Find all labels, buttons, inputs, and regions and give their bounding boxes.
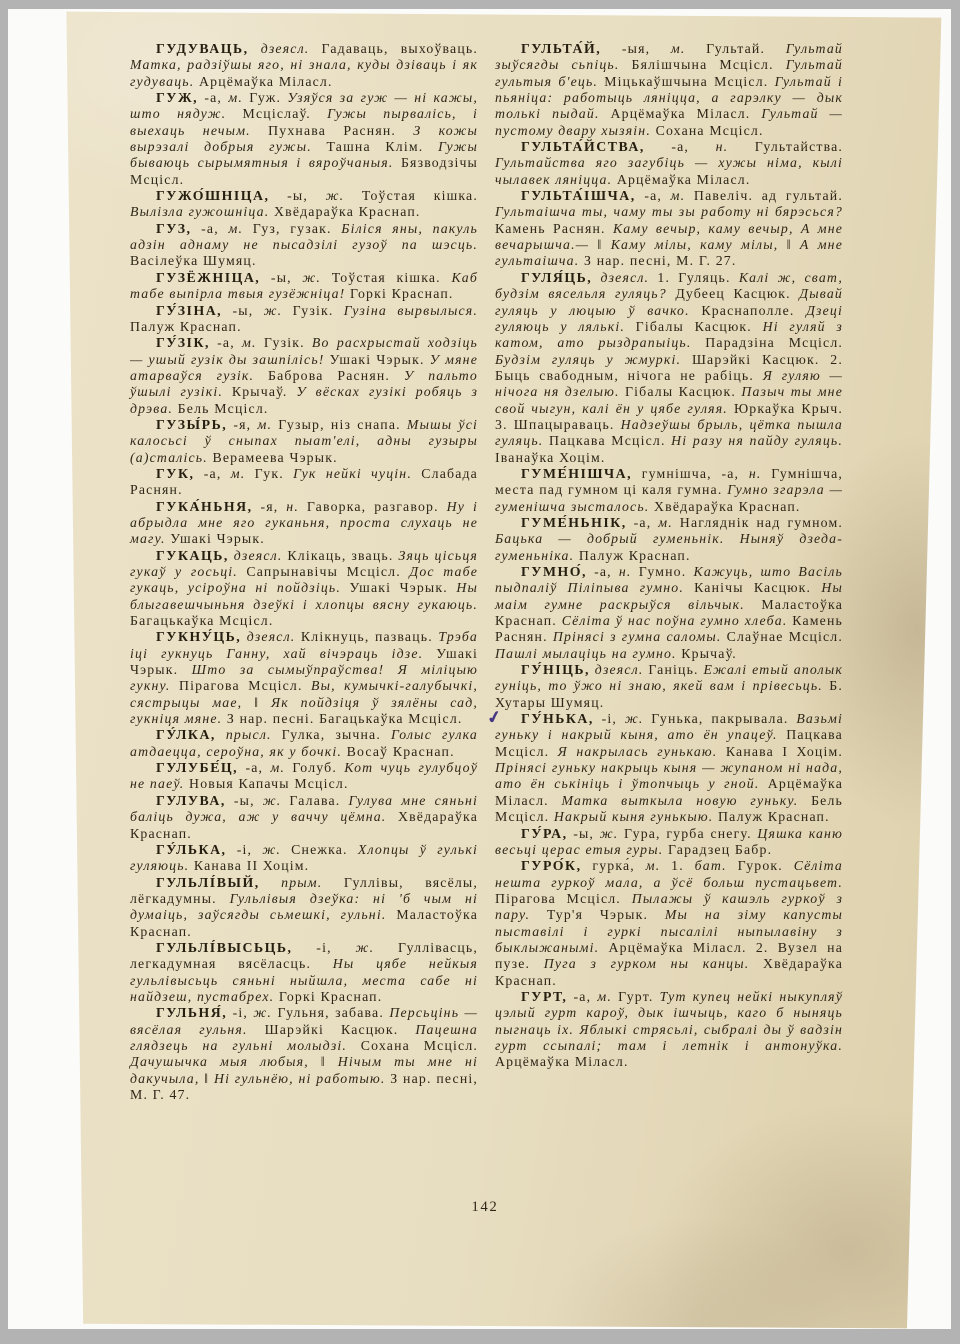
entry-text: Горкі Краснап. bbox=[345, 286, 453, 301]
entry-headword: ГУ́НЬКА, bbox=[521, 711, 594, 726]
entry-text: Гузік. bbox=[257, 335, 305, 350]
entry-example: дзеясл. bbox=[249, 41, 310, 56]
entry-text: -ыя, bbox=[601, 41, 650, 56]
entry-example: дзеясл. bbox=[590, 662, 644, 677]
entry-text: Сапрынавічы Мсцісл. bbox=[238, 564, 401, 579]
entry-text: Клікнуць, пазваць. bbox=[295, 629, 432, 644]
entry-text: Галава. bbox=[281, 793, 340, 808]
entry-headword: ГУЗЫ́РЬ, bbox=[156, 417, 227, 432]
entry-example: Прінясі з гумна саломы. bbox=[548, 629, 722, 644]
entry-headword: ГУЖ, bbox=[156, 90, 198, 105]
entry-example: м. bbox=[222, 90, 243, 105]
entry-text: Гузік. bbox=[282, 303, 333, 318]
entry-text: Арцёмаўка Міласл. bbox=[495, 1054, 629, 1069]
dictionary-entry: ГУЛЬТА́ЙСТВА, -а, н. Гультайства. Гульта… bbox=[495, 139, 843, 188]
entry-example: ж. bbox=[308, 188, 344, 203]
entry-example: ж. bbox=[248, 1005, 272, 1020]
entry-headword: ГУЖО́ШНІЦА, bbox=[156, 188, 270, 203]
entry-text: Гаворка, разгавор. bbox=[299, 499, 439, 514]
entry-text: Арцёмаўка Міласл. bbox=[600, 106, 751, 121]
entry-text: Гуз, гузак. bbox=[243, 221, 332, 236]
entry-example: м. bbox=[251, 417, 272, 432]
entry-example: Гузіна вырвылыся. bbox=[333, 303, 478, 318]
entry-text: Арцёмаўка Міласл. bbox=[194, 74, 332, 89]
entry-text: Міцькаўшчына Мсцісл. bbox=[598, 74, 768, 89]
dictionary-entry: ГУЛЬТА́Й, -ыя, м. Гультай. Гультай зыўся… bbox=[495, 41, 843, 139]
entry-text: Гадаваць, выхоўваць. bbox=[309, 41, 478, 56]
entry-text: Гунька, пакрывала. bbox=[643, 711, 788, 726]
entry-text: Гарадзец Бабр. bbox=[663, 842, 772, 857]
entry-example: н. bbox=[739, 466, 761, 481]
entry-text: Гультай. bbox=[686, 41, 766, 56]
entry-text: -а, bbox=[587, 564, 612, 579]
entry-headword: ГУРТ, bbox=[521, 989, 567, 1004]
entry-text: -я, bbox=[227, 417, 251, 432]
entry-headword: ГУЛЯ́ЦЬ, bbox=[521, 270, 592, 285]
entry-text: Тур'я Чэрык. bbox=[530, 907, 648, 922]
entry-example: м. bbox=[635, 858, 660, 873]
entry-text: -ы, bbox=[270, 188, 308, 203]
entry-example: ж. bbox=[255, 793, 282, 808]
entry-text: Восаў Краснап. bbox=[342, 744, 455, 759]
entry-headword: ГУЛЬЛІ́ВЫСЬЦЬ, bbox=[156, 940, 292, 955]
dictionary-entry: ГУМЕ́НЬНІК, -а, м. Нагляднік над гумном.… bbox=[495, 515, 843, 564]
entry-headword: ГУМЕ́НІШЧА, bbox=[521, 466, 632, 481]
entry-example: м. bbox=[591, 989, 612, 1004]
entry-example: дзеясл. bbox=[229, 548, 283, 563]
entry-text: Парадзіна Мсцісл. bbox=[692, 335, 844, 350]
entry-text: Багацькаўка Мсцісл. bbox=[130, 613, 273, 628]
entry-headword: ГУЗЁЖНІЦА, bbox=[156, 270, 260, 285]
entry-example: Ні разу ня пайду гуляць. bbox=[666, 433, 843, 448]
entry-text: Сохана Мсцісл. bbox=[347, 1038, 478, 1053]
entry-example: Накрый кыня гунькыю. bbox=[549, 809, 713, 824]
entry-example: м. bbox=[662, 188, 685, 203]
entry-text: Бялішчына Мсцісл. bbox=[619, 57, 773, 72]
entry-text: -а, bbox=[210, 335, 235, 350]
entry-text: гумнішча, -а, bbox=[632, 466, 739, 481]
entry-text: -і, bbox=[292, 940, 331, 955]
entry-text: -а, bbox=[636, 188, 662, 203]
dictionary-entry: ГУ́ЗІК, -а, м. Гузік. Во расхрыстай ходз… bbox=[130, 335, 478, 417]
entry-text: Канічы Касцюк. bbox=[684, 580, 811, 595]
dictionary-entry: ГУЛЬНЯ́, -і, ж. Гульня, забава. Персьцін… bbox=[130, 1005, 478, 1103]
dictionary-entry: ГУЗЫ́РЬ, -я, м. Гузыр, ніз снапа. Мышы ў… bbox=[130, 417, 478, 466]
entry-text: Шарэйкі Касцюк. bbox=[248, 1022, 399, 1037]
entry-text: Канава II Хоцім. bbox=[189, 858, 309, 873]
two-column-layout: ГУДУВАЦЬ, дзеясл. Гадаваць, выхоўваць. М… bbox=[130, 41, 844, 1103]
entry-headword: ГУРО́К, bbox=[521, 858, 582, 873]
entry-text: Краснаполле. bbox=[690, 303, 795, 318]
dictionary-entry: ГУРО́К, гурка́, м. 1. бат. Гурок. Сёліта… bbox=[495, 858, 843, 989]
entry-text: Ушакі Чэрык. bbox=[325, 352, 425, 367]
entry-text: Тоўстая кішка. bbox=[321, 270, 441, 285]
entry-text: Верамеева Чэрык. bbox=[208, 450, 338, 465]
entry-text: Нагляднік над гумном. bbox=[673, 515, 843, 530]
entry-text: -а, bbox=[192, 221, 219, 236]
entry-text: З нар. песні, М. Г. 27. bbox=[579, 253, 736, 268]
dictionary-entry: ГУ́ЗІНА, -ы, ж. Гузік. Гузіна вырвылыся.… bbox=[130, 303, 478, 336]
entry-example: н. bbox=[689, 139, 728, 154]
entry-text: Дубеец Касцюк. bbox=[667, 286, 791, 301]
entry-text: -і, bbox=[227, 1005, 248, 1020]
dictionary-entry: ГУЛЯ́ЦЬ, дзеясл. 1. Гуляць. Калі ж, сват… bbox=[495, 270, 843, 466]
entry-text: Тоўстая кішка. bbox=[344, 188, 478, 203]
dictionary-entry: ГУКА́НЬНЯ, -я, н. Гаворка, разгавор. Ну … bbox=[130, 499, 478, 548]
handwritten-checkmark: ✓ bbox=[486, 709, 503, 728]
entry-headword: ГУ́ЛКА, bbox=[156, 727, 216, 742]
entry-example: н. bbox=[278, 499, 299, 514]
dictionary-entry: ГУ́ЛЬКА, -і, ж. Снежка. Хлопцы ў гулькі … bbox=[130, 842, 478, 875]
entry-example: ж. bbox=[253, 303, 282, 318]
entry-text: Снежка. bbox=[281, 842, 348, 857]
entry-text: -ы, bbox=[568, 826, 594, 841]
entry-headword: ГУЛЬНЯ́, bbox=[156, 1005, 227, 1020]
entry-headword: ГУЗ, bbox=[156, 221, 192, 236]
entry-example: м. bbox=[221, 466, 245, 481]
entry-text: Ташна Клім. bbox=[312, 139, 424, 154]
entry-headword: ГУКА́НЬНЯ, bbox=[156, 499, 253, 514]
entry-text: Хвёдараўка Краснап. bbox=[649, 499, 800, 514]
entry-headword: ГУЛУВА, bbox=[156, 793, 226, 808]
entry-text: Гумно. bbox=[632, 564, 687, 579]
entry-example: н. bbox=[612, 564, 632, 579]
dictionary-entry: ГУ́ЛКА, прысл. Гулка, зычна. Голыс гулка… bbox=[130, 727, 478, 760]
entry-headword: ГУДУВАЦЬ, bbox=[156, 41, 249, 56]
entry-text: Канава І Хоцім. bbox=[717, 744, 843, 759]
entry-headword: ГУК, bbox=[156, 466, 194, 481]
page-number: 142 bbox=[128, 1199, 842, 1216]
dictionary-entry: ГУЖ, -а, м. Гуж. Узяўся за гуж — ні кажы… bbox=[130, 90, 478, 188]
entry-example: ж. bbox=[332, 940, 374, 955]
dictionary-entry: ГУЛУВА, -ы, ж. Галава. Гулува мне сяньні… bbox=[130, 793, 478, 842]
entry-example: м. bbox=[263, 760, 285, 775]
entry-text: Гурт. bbox=[612, 989, 654, 1004]
entry-text: -а, bbox=[198, 90, 222, 105]
entry-text: -ы, bbox=[260, 270, 291, 285]
entry-example: ж. bbox=[594, 826, 618, 841]
entry-text: гурка́, bbox=[582, 858, 635, 873]
entry-example: Сёліта ў нас поўна гумно хлеба. bbox=[557, 613, 788, 628]
entry-text: Гурок. bbox=[727, 858, 783, 873]
entry-example: м. bbox=[235, 335, 257, 350]
entry-text: Голуб. bbox=[285, 760, 337, 775]
entry-headword: ГУ́ЗІК, bbox=[156, 335, 210, 350]
entry-text: Гузыр, ніз снапа. bbox=[272, 417, 401, 432]
dictionary-entry: ✓ГУ́НЬКА, -і, ж. Гунька, пакрывала. Вазь… bbox=[495, 711, 843, 825]
entry-text: -а, bbox=[627, 515, 652, 530]
entry-example: м. bbox=[650, 41, 685, 56]
entry-text: -а, bbox=[567, 989, 591, 1004]
entry-example: дзеясл. bbox=[241, 629, 295, 644]
entry-text: 1. bbox=[660, 858, 684, 873]
entry-text: Камень Раснян. bbox=[495, 221, 606, 236]
entry-text: Палуж Краснап. bbox=[130, 319, 242, 334]
entry-text: Мсціслаў. bbox=[226, 106, 311, 121]
entry-text: З нар. песні. Багацькаўка Мсцісл. bbox=[222, 711, 462, 726]
entry-example: м. bbox=[219, 221, 243, 236]
entry-headword: ГУ́ЛЬКА, bbox=[156, 842, 227, 857]
entry-text: Клікаць, зваць. bbox=[282, 548, 393, 563]
entry-text: -я, bbox=[253, 499, 279, 514]
dictionary-entry: ГУЖО́ШНІЦА, -ы, ж. Тоўстая кішка. Вылізл… bbox=[130, 188, 478, 221]
entry-headword: ГУКНУ́ЦЬ, bbox=[156, 629, 241, 644]
entry-text: Арцёмаўка Міласл. bbox=[612, 172, 750, 187]
entry-headword: ГУ́РА, bbox=[521, 826, 568, 841]
entry-headword: ГУМЕ́НЬНІК, bbox=[521, 515, 627, 530]
entry-text: Баброва Раснян. bbox=[254, 368, 390, 383]
entry-example: Вылізла гужошніца. bbox=[130, 204, 269, 219]
entry-text: Павеліч. ад гультай. bbox=[685, 188, 843, 203]
dictionary-entry: ГУМНО́, -а, н. Гумно. Кажуць, што Васіль… bbox=[495, 564, 843, 662]
entry-example: ж. bbox=[292, 270, 321, 285]
entry-text: Васілеўка Шумяц. bbox=[130, 253, 257, 268]
dictionary-entry: ГУЛЬТА́ІШЧА, -а, м. Павеліч. ад гультай.… bbox=[495, 188, 843, 270]
dictionary-entry: ГУЛУБЕ́Ц, -а, м. Голуб. Кот чуць гулубцо… bbox=[130, 760, 478, 793]
dictionary-entry: ГУМЕ́НІШЧА, гумнішча, -а, н. Гумнішча, м… bbox=[495, 466, 843, 515]
entry-text: Пірагова Мсцісл. bbox=[171, 678, 303, 693]
entry-text: Хвёдараўка Краснап. bbox=[269, 204, 420, 219]
entry-headword: ГУЛЬТА́ІШЧА, bbox=[521, 188, 636, 203]
entry-text: Гук. bbox=[245, 466, 284, 481]
entry-text: 1. Гуляць. bbox=[649, 270, 730, 285]
entry-text: Гібалы Касцюк. bbox=[620, 384, 736, 399]
dictionary-entry: ГУ́НІЦЬ, дзеясл. Ганіць. Ежалі етый апол… bbox=[495, 662, 843, 711]
entry-text: Пацкава Мсцісл. bbox=[543, 433, 665, 448]
entry-text: Гура, гурба снегу. bbox=[618, 826, 751, 841]
entry-text: Крычаў. bbox=[677, 646, 737, 661]
book-page: ГУДУВАЦЬ, дзеясл. Гадаваць, выхоўваць. М… bbox=[62, 11, 944, 1329]
dictionary-entry: ГУКАЦЬ, дзеясл. Клікаць, зваць. Зяць ціс… bbox=[130, 548, 478, 630]
entry-text: Палуж Краснап. bbox=[713, 809, 829, 824]
entry-example: Матка выткыла новую гуньку. bbox=[549, 793, 799, 808]
entry-text: Ушакі Чэрык. bbox=[166, 531, 265, 546]
entry-example: Гук нейкі чуцін. bbox=[284, 466, 412, 481]
entry-text: Іванаўка Хоцім. bbox=[495, 450, 606, 465]
entry-text: Палуж Краснап. bbox=[574, 548, 690, 563]
entry-headword: ГУЛЬТА́ЙСТВА, bbox=[521, 139, 645, 154]
entry-headword: ГУКАЦЬ, bbox=[156, 548, 229, 563]
entry-text: -а, bbox=[194, 466, 221, 481]
dictionary-entry: ГУК, -а, м. Гук. Гук нейкі чуцін. Слабад… bbox=[130, 466, 478, 499]
entry-text: Пірагова Мсцісл. bbox=[495, 891, 621, 906]
entry-text: -ы, bbox=[226, 793, 255, 808]
dictionary-entry: ГУРТ, -а, м. Гурт. Тут купец нейкі ныкуп… bbox=[495, 989, 843, 1071]
entry-headword: ГУЛЬТА́Й, bbox=[521, 41, 601, 56]
entry-text: Бель Мсцісл. bbox=[173, 401, 268, 416]
entry-example: м. bbox=[651, 515, 673, 530]
entry-headword: ГУЛУБЕ́Ц, bbox=[156, 760, 238, 775]
entry-text: Ганіць. bbox=[644, 662, 699, 677]
entry-text: Слаўнае Мсцісл. bbox=[722, 629, 843, 644]
entry-example: Гультаішча ты, чаму ты зы работу ні бярэ… bbox=[495, 204, 843, 219]
column-left: ГУДУВАЦЬ, дзеясл. Гадаваць, выхоўваць. М… bbox=[130, 41, 478, 1103]
entry-example: Я накрылась гунькаю. bbox=[549, 744, 717, 759]
entry-example: ж. bbox=[252, 842, 281, 857]
entry-text: Горкі Краснап. bbox=[274, 989, 382, 1004]
entry-text: Сохана Мсцісл. bbox=[651, 123, 764, 138]
entry-text: Гулка, зычна. bbox=[272, 727, 381, 742]
entry-example: ж. bbox=[617, 711, 643, 726]
entry-example: бат. bbox=[684, 858, 727, 873]
entry-text: Пухнава Раснян. bbox=[251, 123, 396, 138]
dictionary-entry: ГУКНУ́ЦЬ, дзеясл. Клікнуць, пазваць. Трэ… bbox=[130, 629, 478, 727]
dictionary-entry: ГУЛЬЛІ́ВЫЙ, прым. Гуллівы, вясёлы, лёгка… bbox=[130, 875, 478, 940]
entry-example: Пуга з гурком ны канцы. bbox=[530, 956, 749, 971]
entry-text: Гульня, забава. bbox=[272, 1005, 384, 1020]
entry-headword: ГУЛЬЛІ́ВЫЙ, bbox=[156, 875, 260, 890]
entry-example: дзеясл. bbox=[592, 270, 649, 285]
dictionary-entry: ГУДУВАЦЬ, дзеясл. Гадаваць, выхоўваць. М… bbox=[130, 41, 478, 90]
entry-text: Гібалы Касцюк. bbox=[625, 319, 752, 334]
dictionary-entry: ГУЗЁЖНІЦА, -ы, ж. Тоўстая кішка. Каб таб… bbox=[130, 270, 478, 303]
entry-example: Будзім гуляць у жмуркі. bbox=[495, 352, 681, 367]
dictionary-entry: ГУЛЬЛІ́ВЫСЬЦЬ, -і, ж. Гуллівасць, легкад… bbox=[130, 940, 478, 1005]
entry-example: прысл. bbox=[216, 727, 272, 742]
entry-headword: ГУ́ЗІНА, bbox=[156, 303, 222, 318]
entry-text: -ы, bbox=[222, 303, 253, 318]
page-text: ГУДУВАЦЬ, дзеясл. Гадаваць, выхоўваць. М… bbox=[130, 41, 844, 1103]
entry-text: -а, bbox=[645, 139, 689, 154]
entry-headword: ГУ́НІЦЬ, bbox=[521, 662, 590, 677]
entry-text: -і, bbox=[227, 842, 253, 857]
dictionary-entry: ГУЗ, -а, м. Гуз, гузак. Біліся яны, паку… bbox=[130, 221, 478, 270]
entry-example: Пашлі мылаціць на гумно. bbox=[495, 646, 677, 661]
entry-text: Гультайства. bbox=[728, 139, 843, 154]
entry-text: Новыя Капачы Мсцісл. bbox=[184, 776, 348, 791]
entry-text: -і, bbox=[594, 711, 617, 726]
entry-headword: ГУМНО́, bbox=[521, 564, 587, 579]
entry-text: Ушакі Чэрык. bbox=[341, 580, 448, 595]
column-right: ГУЛЬТА́Й, -ыя, м. Гультай. Гультай зыўся… bbox=[495, 41, 843, 1103]
entry-text: Гуж. bbox=[243, 90, 281, 105]
entry-text: -а, bbox=[238, 760, 263, 775]
dictionary-entry: ГУ́РА, -ы, ж. Гура, гурба снегу. Цяшка к… bbox=[495, 826, 843, 859]
entry-text: Крычаў. bbox=[223, 384, 288, 399]
entry-example: прым. bbox=[260, 875, 323, 890]
